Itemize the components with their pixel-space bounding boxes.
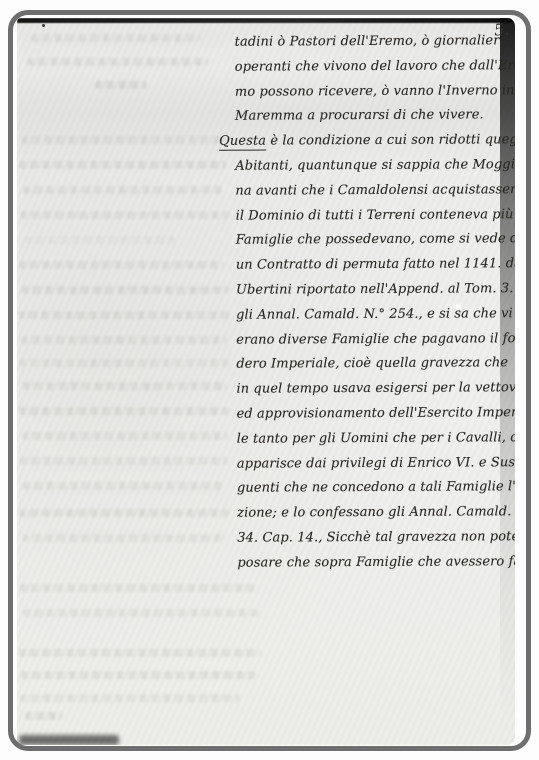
bleedthrough-line [19,509,229,517]
manuscript-line: ed approvisionamento dell'Esercito Imper… [221,401,515,427]
bleedthrough-line [23,382,227,390]
manuscript-line: Questa è la condizione a cui son ridotti… [219,128,513,154]
bleedthrough-line [19,261,224,269]
manuscript-line: posare che sopra Famiglie che avessero f… [221,550,515,576]
bleedthrough-line [95,81,147,89]
bleedthrough-line [25,712,63,720]
bleedthrough-line [19,407,229,415]
bleedthrough-line [20,457,228,465]
manuscript-line: mo possono ricevere, ò vanno l'Inverno i… [219,79,513,105]
manuscript-line: Ubertini riportato nell'Append. al Tom. … [220,277,514,303]
manuscript-line: apparisce dai privilegi di Enrico VI. e … [221,451,515,477]
manuscript-line: le tanto per gli Uomini che per i Cavall… [221,426,515,452]
bleedthrough-line [27,58,209,66]
manuscript-line: in quel tempo usava esigersi per la vett… [220,376,514,402]
bleedthrough-line [22,534,226,542]
bleedthrough-line [25,236,175,244]
underlined-word: Questa [219,134,266,151]
manuscript-line: erano diverse Famiglie che pagavano il f… [220,327,514,353]
bleedthrough-line [18,311,230,319]
bleedthrough-line [21,136,226,144]
manuscript-line: guenti che ne concedono a tali Famiglie … [221,476,515,502]
bleedthrough-line [23,482,223,490]
manuscript-line: 34. Cap. 14., Sicchè tal gravezza non po… [221,525,515,551]
bleedthrough-line [19,359,229,367]
bleedthrough-line [21,671,256,679]
bleedthrough-line [20,211,230,219]
bleedthrough-line [20,584,255,592]
bleedthrough-line [20,694,240,702]
manuscript-line: tadini ò Pastori dell'Eremo, ò giornalie… [219,29,513,55]
manuscript-page-photo: 5. tadini ò Pastori dell'Eremo, ò giorna… [17,18,515,745]
manuscript-line: Abitanti, quantunque si sappia che Moggi… [219,153,513,179]
manuscript-line: Famiglie che possedevano, come si vede d… [220,228,514,254]
bleedthrough-line [22,432,228,440]
bleedthrough-line [21,336,227,344]
bottom-left-smudge [19,735,119,745]
manuscript-line: na avanti che i Camaldolensi acquistasse… [219,178,513,204]
bleedthrough-line [23,186,223,194]
bleedthrough-line [23,609,263,617]
manuscript-line: il Dominio di tutti i Terreni conteneva … [219,203,513,229]
scan-top-edge-shadow [17,18,515,23]
manuscript-line: dero Imperiale, cioè quella gravezza che [220,352,514,378]
bleedthrough-line [22,286,230,294]
ink-speck [42,24,45,27]
manuscript-text-block: tadini ò Pastori dell'Eremo, ò giornalie… [219,29,515,576]
bleedthrough-line [19,161,227,169]
manuscript-line: operanti che vivono del lavoro che dall'… [219,54,513,80]
scanned-manuscript-screenshot: 5. tadini ò Pastori dell'Eremo, ò giorna… [0,0,539,760]
bleedthrough-line [19,649,261,657]
bleedthrough-line [31,34,201,42]
manuscript-line: Maremma a procurarsi di che vivere. [219,104,513,130]
manuscript-line: zione; e lo confessano gli Annal. Camald… [221,500,515,526]
manuscript-line: un Contratto di permuta fatto nel 1141. … [220,252,514,278]
manuscript-line: gli Annal. Camald. N.° 254., e si sa che… [220,302,514,328]
